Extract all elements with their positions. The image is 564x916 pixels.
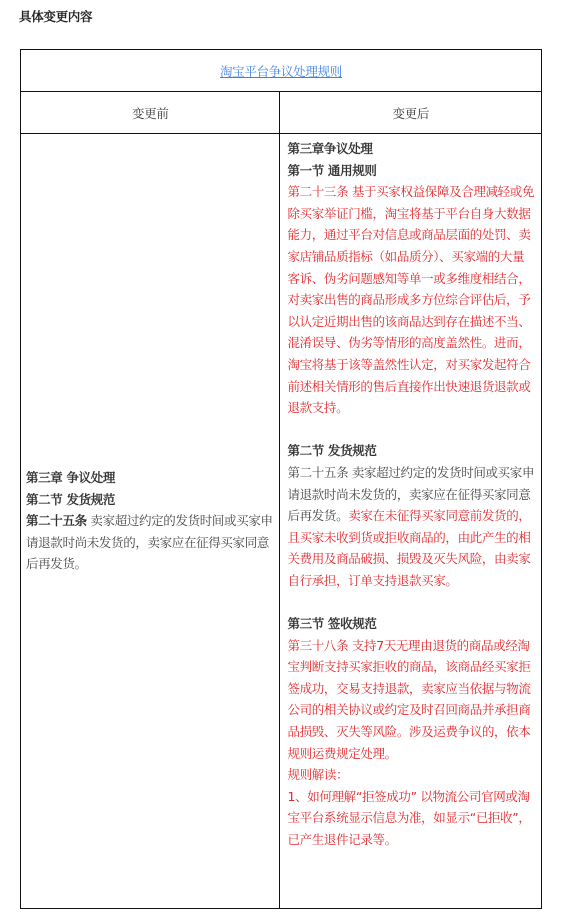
after-section3-text: 第三十八条 支持7天无理由退货的商品或经淘宝判断支持买家拒收的商品，该商品经买家… [287,635,535,765]
header-after: 变更后 [280,92,542,134]
spacer [287,591,535,613]
rule-change-table: 淘宝平台争议处理规则 变更前 变更后 第三章 争议处理 第二节 发货规范 第二十… [20,49,542,909]
table-title-cell: 淘宝平台争议处理规则 [21,50,542,92]
after-cell: 第三章争议处理 第一节 通用规则 第二十三条 基于买家权益保障及合理减轻或免除买… [280,134,542,909]
table-body-row: 第三章 争议处理 第二节 发货规范 第二十五条 卖家超过约定的发货时间或买家申请… [21,134,542,909]
before-section: 第二节 发货规范 [26,489,273,511]
rule-title-link[interactable]: 淘宝平台争议处理规则 [220,64,342,79]
after-section1-text: 第二十三条 基于买家权益保障及合理减轻或免除买家举证门槛，淘宝将基于平台自身大数… [287,181,535,419]
table-title-row: 淘宝平台争议处理规则 [21,50,542,92]
header-before: 变更前 [21,92,280,134]
page-title: 具体变更内容 [19,8,92,26]
after-chapter: 第三章争议处理 [287,138,535,160]
table-header-row: 变更前 变更后 [21,92,542,134]
after-section2-text: 第二十五条 卖家超过约定的发货时间或买家申请退款时尚未发货的，卖家应在征得买家同… [287,462,535,592]
before-chapter: 第三章 争议处理 [26,467,273,489]
before-cell: 第三章 争议处理 第二节 发货规范 第二十五条 卖家超过约定的发货时间或买家申请… [21,134,280,909]
after-section1-title: 第一节 通用规则 [287,160,535,182]
after-section3-title: 第三节 签收规范 [287,613,535,635]
before-article: 第二十五条 卖家超过约定的发货时间或买家申请退款时尚未发货的，卖家应在征得买家同… [26,510,273,575]
after-section2-title: 第二节 发货规范 [287,440,535,462]
spacer [287,419,535,441]
interpretation-text: 1、如何理解“拒签成功” 以物流公司官网或淘宝平台系统显示信息为准，如显示“已拒… [287,786,535,851]
interpretation-label: 规则解读： [287,764,535,786]
before-article-label: 第二十五条 [26,513,87,528]
